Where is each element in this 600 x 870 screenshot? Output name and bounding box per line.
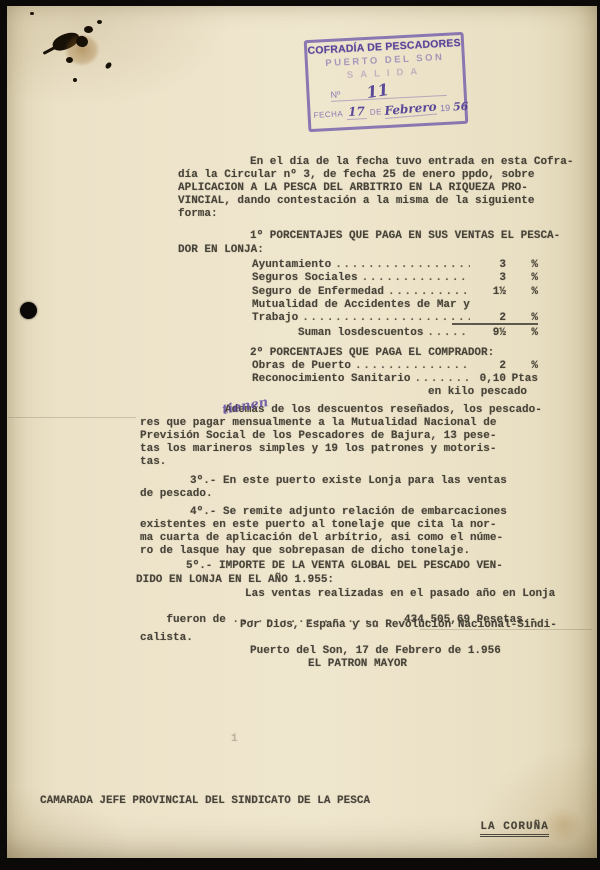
charge-value: 0,10: [470, 373, 506, 386]
unit-note: en kilo pescado: [428, 386, 527, 399]
point4-line: ma cuarta de aplicación del arbítrio, as…: [140, 532, 503, 545]
charge-row: Ayuntamiento ...........................…: [252, 259, 538, 272]
charge-value: 3: [470, 259, 506, 272]
charge-unit: %: [506, 272, 538, 285]
point5-line: DIDO EN LONJA EN EL AÑO 1.955:: [136, 574, 334, 587]
charge-value: 2: [470, 360, 506, 373]
charge-unit: %: [506, 360, 538, 373]
charge-label: Trabajo: [252, 312, 298, 325]
charge-label: Reconocimiento Sanitario: [252, 373, 410, 386]
section1-heading: 1º PORCENTAJES QUE PAGA EN SUS VENTAS EL…: [250, 230, 560, 243]
charge-label: Seguros Sociales: [252, 272, 358, 285]
ink-speck: [30, 12, 34, 15]
charge-unit: %: [506, 259, 538, 272]
leader-dots: ....................: [423, 327, 470, 340]
point5-line: 5º.- IMPORTE DE LA VENTA GLOBAL DEL PESC…: [186, 560, 503, 573]
point4-line: 4º.- Se remite adjunto relación de embar…: [190, 506, 507, 519]
stamp-date-de: DE: [370, 107, 383, 117]
body-line: res que pagar mensualmente a la Mutualid…: [140, 417, 496, 430]
point4-line: ro de lasque hay que sobrepasan de dicho…: [140, 545, 470, 558]
charge-row: Reconocimiento Sanitario ...............…: [252, 373, 538, 386]
intro-line: VINCIAL, dando contestación a la misma d…: [178, 195, 534, 208]
province-label: LA CORUÑA: [480, 821, 548, 837]
charge-row: Seguros Sociales .......................…: [252, 272, 538, 285]
ink-stain: [66, 57, 73, 63]
leader-dots: ....................................: [410, 373, 470, 386]
charge-row: Obras de Puerto ........................…: [252, 360, 538, 373]
charge-row: Mutualidad de Accidentes de Mar y: [252, 299, 538, 312]
paper-crease: [8, 417, 136, 418]
stamp-number-value: 11: [365, 80, 390, 102]
intro-line: forma:: [178, 208, 218, 221]
charge-unit: %: [506, 286, 538, 299]
point4-line: existentes en este puerto al tonelaje qu…: [140, 519, 496, 532]
punch-hole: [20, 302, 37, 319]
point3-line: de pescado.: [140, 488, 213, 501]
closing-line: calista.: [140, 632, 193, 645]
total-unit: %: [506, 327, 538, 340]
total-label: Suman losdescuentos: [298, 327, 423, 340]
point3-line: 3º.- En este puerto existe Lonja para la…: [190, 475, 507, 488]
stamp-number-label: Nº: [330, 89, 340, 99]
coffee-stain: [58, 28, 106, 72]
total-rule: [452, 323, 538, 325]
charge-label: Obras de Puerto: [252, 360, 351, 373]
dateline: Puerto del Son, 17 de Febrero de 1.956: [250, 645, 501, 658]
scanned-letter: COFRADÍA DE PESCADORES PUERTO DEL SON SA…: [0, 0, 600, 870]
leader-dots: ....................................: [331, 259, 470, 272]
closing-line: Por Dios, España y su Revolución Naciona…: [240, 619, 557, 632]
stamp-year-prefix: 19: [440, 103, 451, 114]
total-value: 9½: [470, 327, 506, 340]
stamp-date-day: 17: [346, 104, 367, 120]
charge-unit: Ptas: [506, 373, 538, 386]
leader-dots: ....................................: [298, 312, 470, 325]
leader-dots: ....................................: [358, 272, 470, 285]
charge-value: 1½: [470, 286, 506, 299]
body-line: Además de los descuentos reseñados, los …: [225, 404, 542, 417]
charge-value: 3: [470, 272, 506, 285]
section2-heading: 2º PORCENTAJES QUE PAGA EL COMPRADOR:: [250, 347, 494, 360]
ink-speck: [73, 78, 77, 82]
body-line: tas.: [140, 456, 166, 469]
ink-speck: [97, 20, 102, 24]
footer-province: LA CORUÑA: [454, 808, 549, 847]
leader-dots: ....................................: [384, 286, 470, 299]
body-line: tas los marineros simples y 19 los patro…: [140, 443, 496, 456]
stray-mark: 1: [231, 733, 238, 746]
charge-label: Seguro de Enfermedad: [252, 286, 384, 299]
sales-label: fueron de: [166, 614, 232, 626]
intro-line: En el día de la fecha tuvo entrada en es…: [250, 156, 573, 169]
stamp-date-label: FECHA: [313, 109, 343, 120]
footer-addressee: CAMARADA JEFE PROVINCIAL DEL SINDICATO D…: [40, 795, 370, 808]
total-row: Suman losdescuentos ....................…: [298, 327, 538, 340]
intro-line: día la Circular nº 3, de fecha 25 de ene…: [178, 169, 534, 182]
signature-title: EL PATRON MAYOR: [308, 658, 407, 671]
section1-heading: DOR EN LONJA:: [178, 244, 264, 257]
charge-label: Ayuntamiento: [252, 259, 331, 272]
registry-stamp: COFRADÍA DE PESCADORES PUERTO DEL SON SA…: [304, 32, 469, 132]
charge-row: Seguro de Enfermedad ...................…: [252, 286, 538, 299]
sales-line: Las ventas realizadas en el pasado año e…: [245, 588, 555, 601]
charge-label: Mutualidad de Accidentes de Mar y: [252, 299, 470, 312]
body-line: Previsión Social de los Pescadores de Ba…: [140, 430, 496, 443]
intro-line: APLICACION A LA PESCA DEL ARBITRIO EN LA…: [178, 182, 528, 195]
stamp-year-suffix: 56: [453, 100, 469, 114]
leader-dots: ....................................: [351, 360, 470, 373]
